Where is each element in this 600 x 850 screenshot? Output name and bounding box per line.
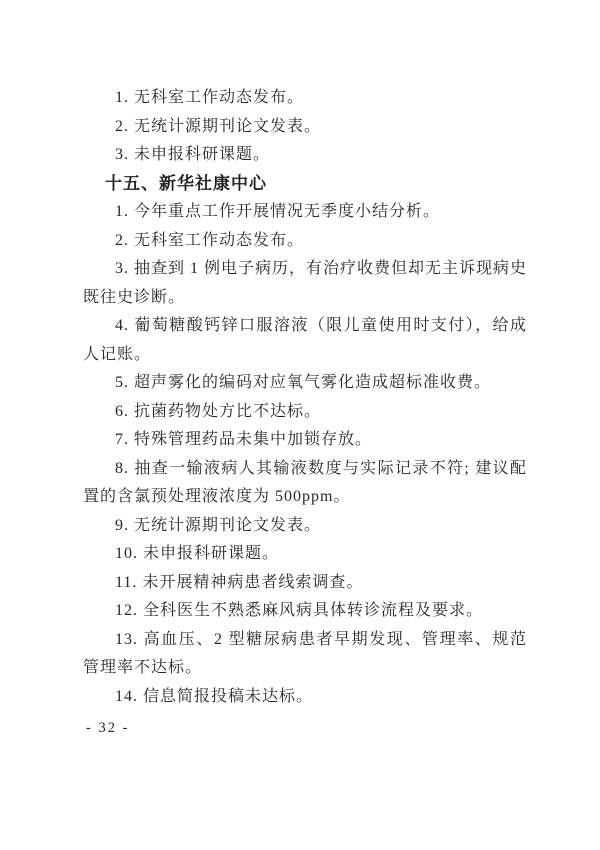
- document-content: 1. 无科室工作动态发布。 2. 无统计源期刊论文发表。 3. 未申报科研课题。…: [83, 84, 527, 711]
- section-item: 2. 无科室工作动态发布。: [83, 227, 527, 256]
- section-item: 1. 今年重点工作开展情况无季度小结分析。: [83, 198, 527, 227]
- section-item: 9. 无统计源期刊论文发表。: [83, 512, 527, 541]
- section-item: 5. 超声雾化的编码对应氧气雾化造成超标准收费。: [83, 369, 527, 398]
- section-item: 12. 全科医生不熟悉麻风病具体转诊流程及要求。: [83, 597, 527, 626]
- intro-item: 1. 无科室工作动态发布。: [83, 84, 527, 113]
- section-item: 3. 抽查到 1 例电子病历，有治疗收费但却无主诉现病史既往史诊断。: [83, 255, 527, 312]
- section-item: 13. 高血压、2 型糖尿病患者早期发现、管理率、规范管理率不达标。: [83, 626, 527, 683]
- section-item: 14. 信息简报投稿未达标。: [83, 683, 527, 712]
- section-item: 11. 未开展精神病患者线索调查。: [83, 569, 527, 598]
- intro-item: 3. 未申报科研课题。: [83, 141, 527, 170]
- section-item: 4. 葡萄糖酸钙锌口服溶液（限儿童使用时支付），给成人记账。: [83, 312, 527, 369]
- section-item: 7. 特殊管理药品未集中加锁存放。: [83, 426, 527, 455]
- section-item: 6. 抗菌药物处方比不达标。: [83, 398, 527, 427]
- page-number: - 32 -: [86, 720, 129, 737]
- intro-item: 2. 无统计源期刊论文发表。: [83, 113, 527, 142]
- section-item: 8. 抽查一输液病人其输液数度与实际记录不符; 建议配置的含氯预处理液浓度为 5…: [83, 455, 527, 512]
- section-heading: 十五、新华社康中心: [83, 170, 527, 199]
- document-page: 1. 无科室工作动态发布。 2. 无统计源期刊论文发表。 3. 未申报科研课题。…: [0, 0, 600, 850]
- section-item: 10. 未申报科研课题。: [83, 540, 527, 569]
